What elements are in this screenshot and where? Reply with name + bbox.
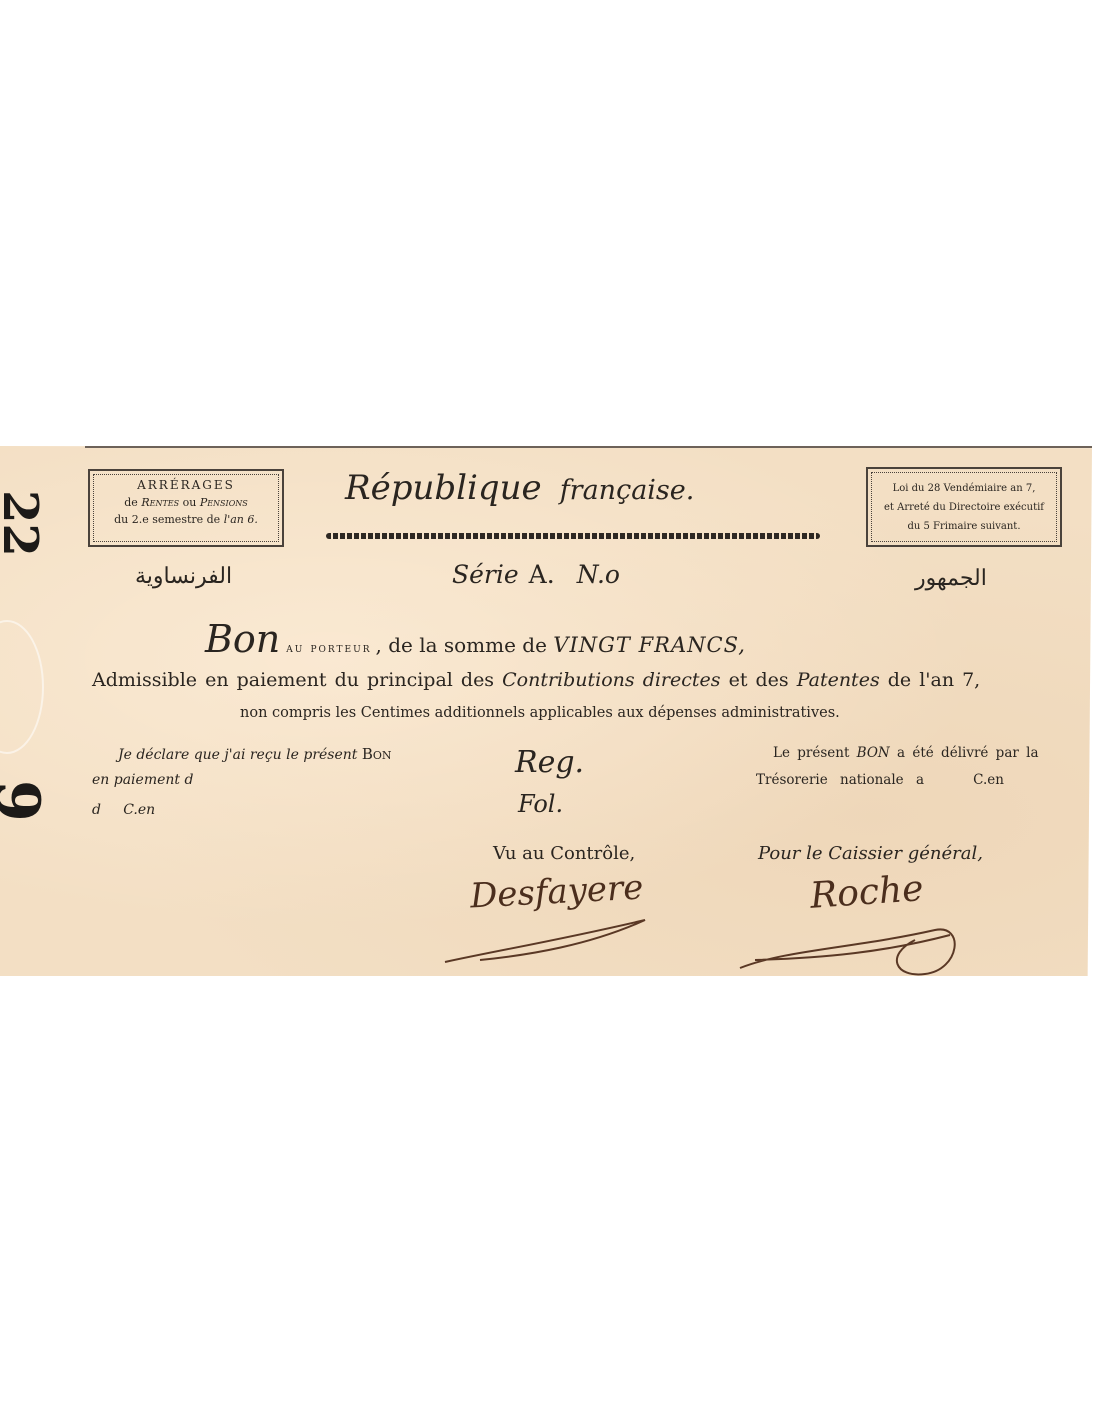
bon-word: BON (857, 745, 890, 761)
caissier-general: Pour le Caissier général, (758, 843, 983, 864)
loi-line-1: Loi du 28 Vendémiaire an 7, (876, 479, 1052, 498)
loi-line-3: du 5 Frimaire suivant. (876, 517, 1052, 536)
text: de (124, 496, 141, 509)
loi-box: Loi du 28 Vendémiaire an 7, et Arreté du… (866, 467, 1062, 547)
text: Admissible en paiement du principal des (92, 669, 502, 691)
arabic-republique: الجمهور (915, 566, 987, 591)
admissible-line: Admissible en paiement du principal des … (92, 669, 980, 691)
arrerages-title: ARRÉRAGES (98, 477, 274, 494)
reg-label: Reg. (515, 745, 584, 780)
title: Républiquefrançaise. (345, 468, 694, 508)
semestre-line: du 2.e semestre de l'an 6. (98, 511, 274, 528)
margin-mark-bottom: 9 (0, 780, 52, 822)
text: de l'an 7, (880, 669, 981, 691)
patentes: Patentes (797, 669, 880, 691)
amount: VINGT FRANCS, (553, 633, 746, 657)
bon-word: Bon (362, 745, 392, 763)
text: Le présent (773, 745, 857, 761)
serie-label: Série (452, 560, 519, 589)
text: a été délivré par la (890, 745, 1039, 761)
text: et des (721, 669, 797, 691)
bon-line: Bonau porteur, de la somme de VINGT FRAN… (205, 617, 746, 661)
fol-label: Fol. (518, 790, 563, 818)
paper-edge (85, 446, 1092, 448)
year: l'an 6. (224, 513, 258, 526)
declaration-line-1: Je déclare que j'ai reçu le présent Bon (118, 745, 392, 763)
text: ou (179, 496, 200, 509)
serie-number: SérieA.N.o (452, 560, 620, 589)
margin-mark-top: 22 (0, 490, 48, 557)
number-label: N.o (577, 560, 620, 589)
pensions: Pensions (200, 496, 248, 509)
rentes-line: de Rentes ou Pensions (98, 494, 274, 511)
delivery-line-2: Trésorerie nationale a C.en (756, 772, 1004, 788)
serie-letter: A. (529, 560, 555, 589)
centimes-line: non compris les Centimes additionnels ap… (240, 705, 840, 721)
declaration-line-2: en paiement d (92, 772, 193, 788)
vu-au-controle: Vu au Contrôle, (493, 843, 635, 864)
rentes: Rentes (141, 496, 179, 509)
ornamental-rule (326, 533, 820, 539)
text: du 2.e semestre de (114, 513, 224, 526)
loi-line-2: et Arreté du Directoire exécutif (876, 498, 1052, 517)
contributions: Contributions directes (502, 669, 720, 691)
au-porteur: au porteur (286, 641, 371, 656)
signature-flourish-right (735, 900, 975, 980)
arrerages-box: ARRÉRAGES de Rentes ou Pensions du 2.e s… (88, 469, 284, 547)
signature-flourish-left (440, 900, 660, 970)
text: Je déclare que j'ai reçu le présent (118, 747, 362, 763)
arabic-francaise: الفرنساوية (135, 564, 232, 589)
declaration-line-3: d C.en (92, 802, 155, 818)
delivery-line-1: Le présent BON a été délivré par la (773, 745, 1039, 761)
bon-word: Bon (205, 617, 280, 661)
title-sub: française. (560, 475, 695, 506)
title-main: République (345, 468, 542, 508)
text: , de la somme de (375, 633, 553, 657)
